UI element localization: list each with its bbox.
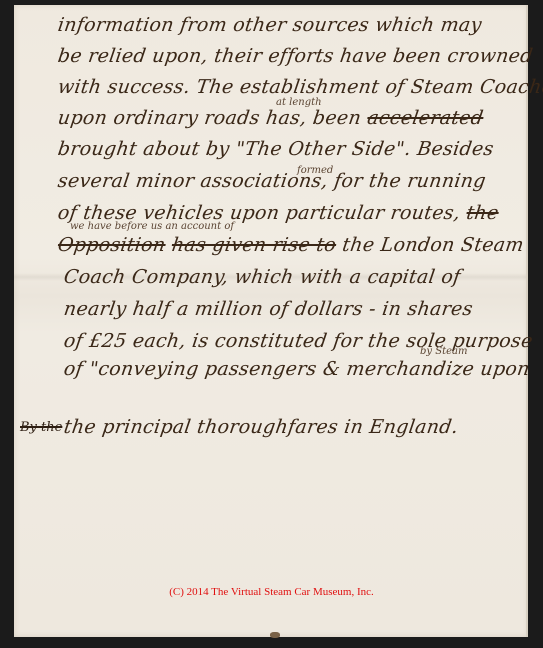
manuscript-line-12: of "conveying passengers & merchandize u… <box>62 358 531 380</box>
line-10-text: nearly half a million of dollars - in sh… <box>62 298 474 320</box>
line-4-text: upon ordinary roads has, been <box>56 107 362 129</box>
struck-word-the: the <box>465 202 500 224</box>
struck-word-opposition: Opposition <box>56 234 167 256</box>
insertion-by-steam: by Steam <box>420 346 467 357</box>
paper-edge <box>526 5 528 637</box>
struck-phrase-has-given-rise: has given rise to <box>170 234 337 256</box>
manuscript-line-9: Coach Company, which with a capital of <box>62 266 462 288</box>
manuscript-page <box>14 5 528 637</box>
manuscript-line-6: several minor associations, for the runn… <box>56 170 487 192</box>
manuscript-line-5: brought about by "The Other Side". Besid… <box>56 138 495 160</box>
manuscript-line-2: be relied upon, their efforts have been … <box>56 45 534 67</box>
copyright-notice: (C) 2014 The Virtual Steam Car Museum, I… <box>0 586 543 598</box>
manuscript-line-13: the principal thoroughfares in England. <box>62 416 459 438</box>
manuscript-line-8: Opposition has given rise to the London … <box>56 234 525 256</box>
margin-note-struck: By the <box>20 420 62 435</box>
manuscript-line-10: nearly half a million of dollars - in sh… <box>62 298 474 320</box>
insertion-we-have: we have before us an account of <box>70 221 234 232</box>
insertion-at-length: at length <box>276 97 322 108</box>
manuscript-line-1: information from other sources which may <box>56 14 483 36</box>
ink-blot <box>270 632 280 638</box>
manuscript-line-3: with success. The establishment of Steam… <box>56 76 543 98</box>
struck-word-accelerated: accelerated <box>366 107 485 129</box>
line-8-text: the London Steam <box>341 234 525 256</box>
manuscript-line-4: upon ordinary roads has, been accelerate… <box>56 107 484 129</box>
